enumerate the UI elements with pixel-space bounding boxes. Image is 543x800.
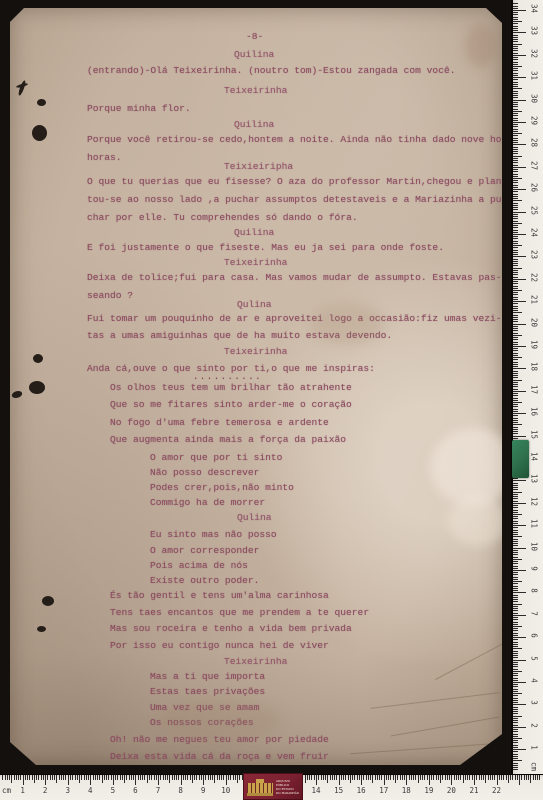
- ruler-tick: [513, 404, 518, 405]
- ruler-tick: [513, 713, 518, 714]
- ruler-tick: [513, 510, 518, 511]
- ruler-tick: [513, 541, 518, 542]
- character-name-heading: Qulina: [237, 299, 272, 310]
- ruler-tick: [307, 775, 308, 780]
- paper-crease: [391, 716, 500, 736]
- text-line: Porque você retirou-se cedo,hontem a noi…: [87, 134, 502, 145]
- ruler-tick: [138, 775, 139, 780]
- ruler-tick: [513, 550, 518, 551]
- ruler-tick: [513, 212, 526, 213]
- ruler-tick: [513, 227, 518, 228]
- ruler-tick: [513, 221, 518, 222]
- ruler-tick: [513, 622, 518, 623]
- ruler-tick: [513, 626, 522, 627]
- ink-mark: [37, 99, 46, 106]
- ruler-tick: [513, 283, 518, 284]
- ruler-tick: [513, 95, 518, 96]
- ruler-tick: [513, 191, 518, 192]
- ruler-tick: [513, 731, 518, 732]
- ruler-tick: [72, 775, 73, 780]
- text-line: Pois acima de nós: [150, 560, 248, 571]
- ruler-tick: [513, 586, 518, 587]
- ruler-tick: [357, 775, 358, 780]
- ruler-tick: [513, 494, 518, 495]
- ruler-tick: [513, 153, 518, 154]
- text-line: Uma vez que se amam: [150, 702, 259, 713]
- ruler-tick: [513, 299, 518, 300]
- ruler-tick: [513, 160, 518, 161]
- ruler-tick: [192, 775, 193, 783]
- ruler-number: 13: [530, 473, 539, 485]
- text-line: Estas taes privações: [150, 686, 265, 697]
- ruler-tick: [447, 775, 448, 780]
- ruler-tick: [122, 775, 123, 780]
- ruler-tick: [9, 775, 10, 780]
- ruler-number: 20: [530, 316, 539, 328]
- text-line: (entrando)-Olá Teixeirinha. (noutro tom)…: [87, 65, 455, 76]
- ruler-tick: [84, 775, 85, 780]
- ruler-tick: [169, 775, 170, 783]
- ruler-number: 19: [421, 786, 437, 795]
- ruler-tick: [513, 639, 518, 640]
- ruler-tick: [513, 433, 518, 434]
- ruler-tick: [513, 252, 518, 253]
- ruler-tick: [59, 775, 60, 780]
- ruler-tick: [513, 552, 518, 553]
- ruler-tick: [201, 775, 202, 780]
- ruler-tick: [513, 241, 518, 242]
- ruler-tick: [456, 775, 457, 780]
- ruler-number: 1: [15, 786, 31, 795]
- ruler-tick: [513, 644, 518, 645]
- ruler-tick: [513, 704, 526, 705]
- ruler-tick: [513, 427, 518, 428]
- text-line: char por elle. Tu comprehendes só dando …: [87, 212, 358, 223]
- ruler-tick: [438, 775, 439, 780]
- ruler-tick: [513, 760, 522, 761]
- ruler-tick: [513, 613, 518, 614]
- ruler-tick: [513, 330, 518, 331]
- ruler-tick: [131, 775, 132, 780]
- ruler-tick: [513, 371, 518, 372]
- ruler-tick: [108, 775, 109, 780]
- ruler-tick: [513, 769, 518, 770]
- ruler-tick: [513, 382, 518, 383]
- ruler-tick: [513, 256, 526, 257]
- ruler-tick: [513, 124, 518, 125]
- ruler-tick: [7, 775, 8, 780]
- ruler-tick: [513, 97, 518, 98]
- ink-mark: [33, 354, 43, 363]
- text-line: Os olhos teus tem um brilhar tão atrahen…: [110, 382, 352, 393]
- ruler-tick: [393, 775, 394, 780]
- ruler-tick: [120, 775, 121, 780]
- ruler-tick: [117, 775, 118, 780]
- ruler-tick: [513, 346, 526, 347]
- ruler-number: 20: [443, 786, 459, 795]
- ruler-tick: [99, 775, 100, 780]
- ruler-tick: [158, 775, 159, 785]
- ruler-tick: [513, 156, 522, 157]
- text-line: seando ?: [87, 290, 133, 301]
- ruler-tick: [436, 775, 437, 780]
- text-line: Tens taes encantos que me prendem a te q…: [110, 607, 369, 618]
- ruler-number: 3: [530, 697, 539, 709]
- ruler-tick: [429, 775, 430, 785]
- ruler-tick: [178, 775, 179, 780]
- ruler-tick: [513, 290, 522, 291]
- ruler-tick: [63, 775, 64, 780]
- ruler-tick: [513, 682, 526, 683]
- ruler-tick: [34, 775, 35, 783]
- ruler-tick: [513, 503, 526, 504]
- ruler-tick: [513, 561, 518, 562]
- ruler-tick: [210, 775, 211, 780]
- ruler-tick: [61, 775, 62, 780]
- ruler-tick: [513, 26, 518, 27]
- ruler-tick: [5, 775, 6, 780]
- ruler-number: 21: [466, 786, 482, 795]
- ruler-number: 17: [376, 786, 392, 795]
- ruler-tick: [379, 775, 380, 780]
- ruler-tick: [513, 523, 518, 524]
- ruler-tick: [513, 648, 522, 649]
- ruler-number: 8: [530, 585, 539, 597]
- ruler-tick: [513, 608, 518, 609]
- ruler-unit-label: cm: [2, 786, 11, 795]
- ruler-tick: [513, 218, 518, 219]
- ruler-tick: [513, 536, 522, 537]
- ruler-number: 7: [150, 786, 166, 795]
- ruler-tick: [75, 775, 76, 780]
- ruler-tick: [513, 138, 518, 139]
- ruler-tick: [513, 485, 518, 486]
- ruler-tick: [513, 3, 518, 4]
- ruler-tick: [133, 775, 134, 780]
- ruler-tick: [488, 775, 489, 780]
- ruler-tick: [513, 126, 518, 127]
- ruler-tick: [513, 756, 518, 757]
- ruler-tick: [409, 775, 410, 780]
- ruler-tick: [167, 775, 168, 780]
- ruler-tick: [513, 548, 526, 549]
- ruler-tick: [185, 775, 186, 780]
- ruler-tick: [126, 775, 127, 780]
- ruler-number: 16: [353, 786, 369, 795]
- ruler-tick: [513, 84, 518, 85]
- ruler-number: 26: [530, 182, 539, 194]
- ruler-tick: [454, 775, 455, 780]
- text-line: O amor que por ti sinto: [150, 452, 282, 463]
- ruler-number: 6: [530, 630, 539, 642]
- ruler-tick: [513, 182, 518, 183]
- ruler-tick: [513, 424, 522, 425]
- ruler-tick: [36, 775, 37, 780]
- ruler-tick: [513, 554, 518, 555]
- ruler-tick: [513, 545, 518, 546]
- ruler-tick: [539, 775, 540, 780]
- ruler-tick: [513, 230, 518, 231]
- ruler-tick: [513, 660, 526, 661]
- text-line: Commigo ha de morrer: [150, 497, 265, 508]
- ruler-tick: [513, 6, 518, 7]
- ruler-tick: [154, 775, 155, 780]
- ruler-tick: [513, 651, 518, 652]
- ruler-tick: [513, 118, 518, 119]
- ruler-tick: [513, 189, 526, 190]
- ruler-tick: [513, 144, 526, 145]
- ruler-tick: [79, 775, 80, 783]
- ruler-number: 5: [530, 652, 539, 664]
- ruler-tick: [513, 391, 526, 392]
- ruler-tick: [135, 775, 136, 785]
- ruler-tick: [513, 79, 518, 80]
- ruler-tick: [513, 512, 518, 513]
- ruler-tick: [390, 775, 391, 780]
- ruler-tick: [513, 483, 518, 484]
- ruler-tick: [513, 413, 526, 414]
- ruler-tick: [350, 775, 351, 783]
- ruler-tick: [513, 532, 518, 533]
- ruler-tick: [354, 775, 355, 780]
- ruler-tick: [395, 775, 396, 783]
- ruler-number: 19: [530, 339, 539, 351]
- green-marker-sticker: [512, 440, 529, 478]
- ruler-tick: [513, 518, 518, 519]
- ruler-tick: [513, 727, 526, 728]
- ruler-tick: [239, 775, 240, 780]
- ruler-tick: [513, 362, 518, 363]
- ruler-tick: [341, 775, 342, 780]
- ruler-tick: [102, 775, 103, 783]
- ruler-tick: [513, 599, 518, 600]
- ruler-tick: [377, 775, 378, 780]
- ruler-number: 28: [530, 137, 539, 149]
- ruler-tick: [336, 775, 337, 780]
- ruler-tick: [513, 205, 518, 206]
- ruler-tick: [406, 775, 407, 785]
- ruler-tick: [513, 418, 518, 419]
- ruler-tick: [513, 570, 526, 571]
- ruler-tick: [513, 754, 518, 755]
- paper-stain: [465, 23, 497, 68]
- ruler-tick: [513, 243, 518, 244]
- text-line: Os nossos corações: [150, 717, 254, 728]
- ruler-tick: [513, 693, 522, 694]
- ruler-tick: [223, 775, 224, 780]
- ruler-tick: [513, 507, 518, 508]
- ruler-tick: [513, 174, 518, 175]
- ruler-tick: [422, 775, 423, 780]
- ruler-tick: [513, 75, 518, 76]
- ruler-tick: [442, 775, 443, 780]
- ruler-tick: [499, 775, 500, 780]
- ruler-tick: [56, 775, 57, 783]
- ruler-tick: [233, 775, 234, 780]
- ruler-tick: [29, 775, 30, 780]
- ruler-tick: [513, 581, 522, 582]
- ruler-tick: [513, 738, 522, 739]
- ruler-tick: [513, 315, 518, 316]
- ruler-tick: [513, 180, 518, 181]
- ruler-tick: [513, 120, 518, 121]
- ruler-tick: [513, 288, 518, 289]
- ruler-number: 34: [530, 3, 539, 15]
- ruler-tick: [235, 775, 236, 780]
- ruler-tick: [513, 489, 518, 490]
- ruler-tick: [513, 749, 526, 750]
- ruler-tick: [513, 178, 522, 179]
- ruler-tick: [513, 734, 518, 735]
- ruler-tick: [513, 431, 518, 432]
- ruler-tick: [25, 775, 26, 780]
- ruler-tick: [469, 775, 470, 780]
- ruler-tick: [513, 698, 518, 699]
- ruler-tick: [513, 234, 526, 235]
- ruler-tick: [513, 501, 518, 502]
- ink-mark: [42, 596, 54, 606]
- ruler-tick: [513, 77, 526, 78]
- ruler-tick: [513, 568, 518, 569]
- ruler-tick: [513, 655, 518, 656]
- ruler-tick: [481, 775, 482, 780]
- ruler-tick: [144, 775, 145, 780]
- paper-crease: [350, 743, 500, 754]
- ruler-tick: [513, 530, 518, 531]
- ruler-tick: [467, 775, 468, 780]
- ruler-tick: [513, 250, 518, 251]
- ruler-number: 8: [173, 786, 189, 795]
- ruler-tick: [513, 209, 518, 210]
- ruler-tick: [513, 19, 518, 20]
- ruler-tick: [513, 131, 518, 132]
- ruler-tick: [513, 129, 518, 130]
- ruler-tick: [513, 583, 518, 584]
- ruler-tick: [508, 775, 509, 783]
- text-line: Oh! não me negues teu amor por piedade: [110, 734, 329, 745]
- ruler-tick: [494, 775, 495, 780]
- ruler-tick: [348, 775, 349, 780]
- ruler-tick: [513, 245, 522, 246]
- ruler-tick: [305, 775, 306, 783]
- ruler-tick: [513, 317, 518, 318]
- ruler-tick: [86, 775, 87, 780]
- ruler-tick: [497, 775, 498, 785]
- ruler-tick: [366, 775, 367, 780]
- ruler-tick: [490, 775, 491, 780]
- ruler-tick: [513, 303, 518, 304]
- ruler-tick: [513, 214, 518, 215]
- ruler-tick: [513, 592, 526, 593]
- ruler-tick: [513, 615, 526, 616]
- ruler-tick: [537, 775, 538, 780]
- ruler-tick: [513, 725, 518, 726]
- text-line: Mas a ti que importa: [150, 671, 265, 682]
- document-page: -8-Quilina(entrando)-Olá Teixeirinha. (n…: [10, 8, 502, 765]
- ruler-tick: [513, 82, 518, 83]
- ruler-tick: [513, 335, 522, 336]
- ruler-tick: [27, 775, 28, 780]
- ruler-number: 31: [530, 70, 539, 82]
- ruler-tick: [45, 775, 46, 785]
- text-line: Existe outro poder.: [150, 575, 259, 586]
- ruler-tick: [513, 328, 518, 329]
- ruler-tick: [513, 53, 518, 54]
- ruler-tick: [513, 198, 518, 199]
- ruler-tick: [513, 46, 518, 47]
- ruler-tick: [513, 684, 518, 685]
- ruler-tick: [474, 775, 475, 785]
- ruler-tick: [513, 624, 518, 625]
- ruler-tick: [513, 630, 518, 631]
- ruler-tick: [124, 775, 125, 783]
- ruler-number: 18: [398, 786, 414, 795]
- archive-logo: ARQUIVO PÚBLICO DO ESTADO DO MARANHÃO: [243, 773, 303, 800]
- ruler-tick: [424, 775, 425, 780]
- ruler-number: 29: [530, 115, 539, 127]
- scan-viewport: -8-Quilina(entrando)-Olá Teixeirinha. (n…: [0, 0, 543, 800]
- ruler-tick: [513, 395, 518, 396]
- ruler-tick: [513, 263, 518, 264]
- ruler-tick: [513, 225, 518, 226]
- ruler-tick: [70, 775, 71, 780]
- ruler-tick: [440, 775, 441, 783]
- ruler-tick: [513, 642, 518, 643]
- ruler-tick: [445, 775, 446, 780]
- ruler-tick: [513, 496, 518, 497]
- ruler-tick: [513, 364, 518, 365]
- ruler-tick: [526, 775, 527, 780]
- ruler-tick: [513, 610, 518, 611]
- ruler-tick: [513, 716, 522, 717]
- ruler-tick: [513, 281, 518, 282]
- ruler-tick: [535, 775, 536, 780]
- ruler-tick: [513, 671, 522, 672]
- text-line: Não posso descrever: [150, 467, 259, 478]
- ruler-tick: [513, 265, 518, 266]
- ruler-tick: [513, 368, 526, 369]
- ruler-number: 14: [530, 451, 539, 463]
- ruler-tick: [513, 380, 522, 381]
- ruler-tick: [513, 277, 518, 278]
- ruler-tick: [513, 700, 518, 701]
- ruler-tick: [68, 775, 69, 785]
- ruler-tick: [513, 41, 518, 42]
- ruler-number: 27: [530, 159, 539, 171]
- ruler-tick: [95, 775, 96, 780]
- ruler-tick: [513, 543, 518, 544]
- ruler-tick: [513, 270, 518, 271]
- ruler-tick: [513, 689, 518, 690]
- ruler-tick: [513, 203, 518, 204]
- ruler-tick: [327, 775, 328, 783]
- ruler-tick: [375, 775, 376, 780]
- ruler-tick: [147, 775, 148, 783]
- ruler-tick: [451, 775, 452, 785]
- ruler-tick: [513, 384, 518, 385]
- ruler-tick: [397, 775, 398, 780]
- ruler-tick: [513, 478, 518, 479]
- ruler-tick: [156, 775, 157, 780]
- ruler-tick: [513, 720, 518, 721]
- ruler-tick: [513, 196, 518, 197]
- archive-org-name: ARQUIVO PÚBLICO DO ESTADO DO MARANHÃO: [276, 779, 302, 795]
- ruler-number: 10: [218, 786, 234, 795]
- ruler-tick: [513, 8, 518, 9]
- ruler-tick: [513, 438, 518, 439]
- ruler-number: 32: [530, 47, 539, 59]
- ruler-tick: [513, 109, 518, 110]
